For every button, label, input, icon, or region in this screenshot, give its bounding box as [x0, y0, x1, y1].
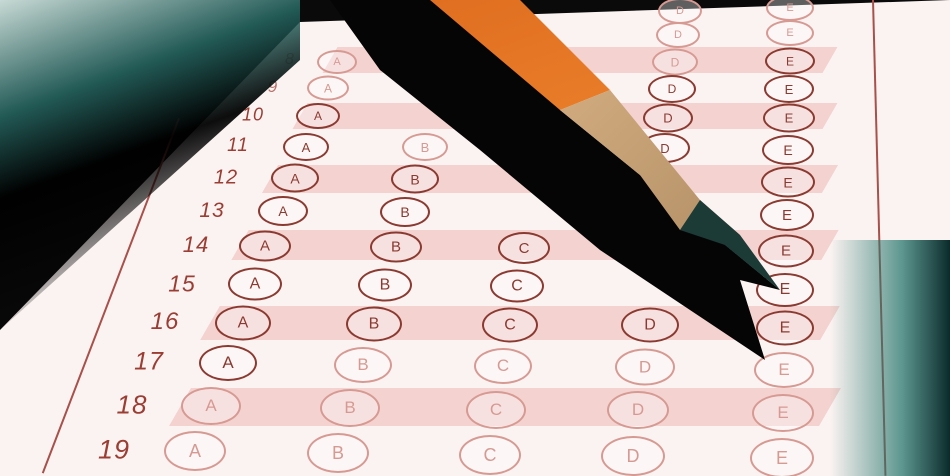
- bubble-b[interactable]: B: [334, 347, 392, 383]
- bubble-a[interactable]: A: [181, 387, 241, 425]
- bubble-a[interactable]: A: [199, 345, 257, 381]
- bubble-d[interactable]: D: [607, 391, 669, 429]
- bubble-e[interactable]: E: [763, 104, 815, 133]
- bubble-a[interactable]: A: [283, 133, 329, 161]
- bubble-e[interactable]: E: [758, 235, 814, 268]
- question-number: 17: [134, 348, 164, 377]
- bubble-e[interactable]: E: [756, 311, 814, 346]
- bubble-e[interactable]: E: [765, 48, 815, 75]
- bubble-a[interactable]: A: [164, 431, 226, 471]
- question-number: 11: [227, 135, 249, 157]
- bubble-d[interactable]: D: [643, 104, 693, 133]
- question-number: 13: [199, 199, 224, 223]
- bubble-b[interactable]: B: [370, 232, 422, 263]
- bubble-e[interactable]: E: [752, 394, 814, 432]
- bubble-c[interactable]: C: [482, 308, 538, 343]
- question-number: 15: [168, 271, 196, 298]
- bubble-d[interactable]: D: [652, 49, 698, 76]
- bubble-c[interactable]: C: [490, 270, 544, 303]
- photo-scene: 8 9 10 11 12 13 14 15 16 17 18 19 A A A …: [0, 0, 950, 476]
- bubble-e[interactable]: E: [750, 438, 814, 476]
- bubble-b[interactable]: B: [307, 433, 369, 473]
- bubble-a[interactable]: A: [215, 306, 271, 341]
- bubble-b[interactable]: B: [320, 389, 380, 427]
- bubble-e[interactable]: E: [762, 135, 814, 165]
- bubble-c[interactable]: C: [498, 232, 550, 264]
- bubble-b[interactable]: B: [402, 133, 448, 161]
- bubble-e[interactable]: E: [766, 20, 814, 46]
- question-number: 18: [117, 390, 148, 421]
- question-number: 14: [183, 232, 209, 258]
- bubble-d[interactable]: D: [648, 75, 696, 103]
- question-number: 19: [98, 435, 130, 466]
- question-number: 16: [151, 308, 180, 336]
- bubble-a[interactable]: A: [307, 76, 349, 101]
- bubble-c[interactable]: C: [466, 391, 526, 429]
- bubble-c[interactable]: C: [474, 348, 532, 384]
- bubble-d[interactable]: D: [656, 22, 700, 48]
- bubble-e[interactable]: E: [761, 167, 815, 198]
- question-number: 12: [214, 167, 238, 190]
- bubble-d[interactable]: D: [621, 308, 679, 343]
- bubble-a[interactable]: A: [228, 268, 282, 301]
- bubble-e[interactable]: E: [764, 75, 814, 103]
- bubble-b[interactable]: B: [358, 269, 412, 302]
- bubble-e[interactable]: E: [760, 199, 814, 231]
- right-shadow-vignette: [830, 240, 950, 476]
- bubble-c[interactable]: C: [459, 435, 521, 475]
- bubble-a[interactable]: A: [317, 50, 357, 74]
- bubble-a[interactable]: A: [258, 196, 308, 226]
- bubble-a[interactable]: A: [296, 103, 340, 129]
- bubble-a[interactable]: A: [271, 164, 319, 193]
- bubble-a[interactable]: A: [239, 231, 291, 262]
- bubble-b[interactable]: B: [380, 197, 430, 227]
- bubble-b[interactable]: B: [391, 165, 439, 194]
- bubble-b[interactable]: B: [346, 307, 402, 342]
- bubble-d[interactable]: D: [601, 436, 665, 476]
- bubble-d[interactable]: D: [615, 349, 675, 386]
